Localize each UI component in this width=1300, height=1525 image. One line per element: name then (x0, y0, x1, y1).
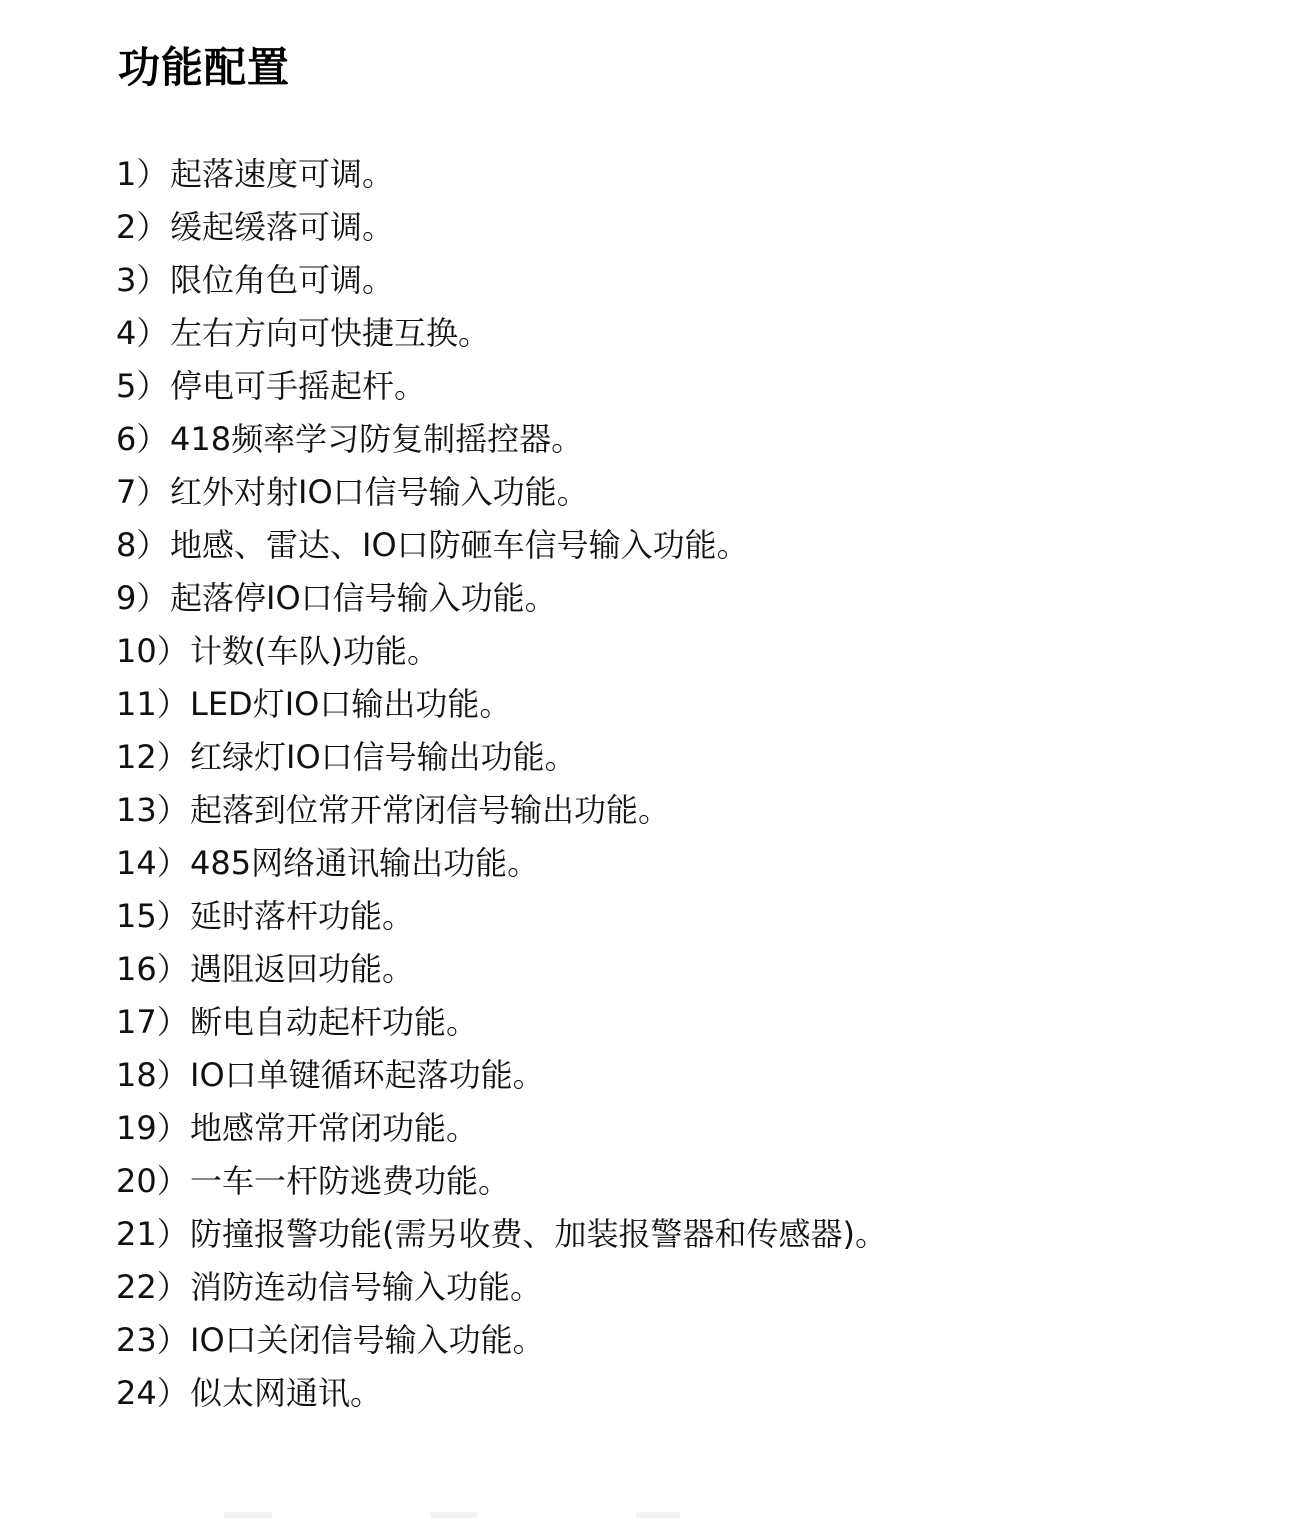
item-text: IO口关闭信号输入功能。 (190, 1314, 545, 1367)
feature-item: 16）遇阻返回功能。 (116, 943, 887, 996)
item-number: 18） (116, 1049, 190, 1102)
item-number: 11） (116, 678, 190, 731)
item-text: 停电可手摇起杆。 (170, 360, 426, 413)
item-number: 7） (116, 466, 170, 519)
item-number: 19） (116, 1102, 190, 1155)
item-number: 23） (116, 1314, 190, 1367)
item-number: 5） (116, 360, 170, 413)
item-text: 418频率学习防复制摇控器。 (170, 413, 583, 466)
item-number: 17） (116, 996, 190, 1049)
item-text: 左右方向可快捷互换。 (170, 307, 490, 360)
feature-item: 6）418频率学习防复制摇控器。 (116, 413, 887, 466)
item-number: 13） (116, 784, 190, 837)
item-text: 缓起缓落可调。 (170, 201, 394, 254)
item-text: 红绿灯IO口信号输出功能。 (190, 731, 577, 784)
item-number: 6） (116, 413, 170, 466)
item-number: 9） (116, 572, 170, 625)
feature-item: 9）起落停IO口信号输入功能。 (116, 572, 887, 625)
feature-item: 14）485网络通讯输出功能。 (116, 837, 887, 890)
item-text: 起落停IO口信号输入功能。 (170, 572, 557, 625)
item-text: LED灯IO口输出功能。 (190, 678, 511, 731)
feature-item: 18）IO口单键循环起落功能。 (116, 1049, 887, 1102)
item-number: 15） (116, 890, 190, 943)
item-number: 4） (116, 307, 170, 360)
faint-mark (636, 1512, 680, 1518)
faint-mark (224, 1512, 272, 1518)
feature-item: 3）限位角色可调。 (116, 254, 887, 307)
item-text: 防撞报警功能(需另收费、加装报警器和传感器)。 (190, 1208, 887, 1261)
feature-item: 22）消防连动信号输入功能。 (116, 1261, 887, 1314)
item-text: 地感、雷达、IO口防砸车信号输入功能。 (170, 519, 749, 572)
feature-item: 15）延时落杆功能。 (116, 890, 887, 943)
item-text: 地感常开常闭功能。 (190, 1102, 478, 1155)
item-text: 一车一杆防逃费功能。 (190, 1155, 510, 1208)
item-text: 红外对射IO口信号输入功能。 (170, 466, 589, 519)
feature-item: 24）似太网通讯。 (116, 1367, 887, 1420)
item-number: 10） (116, 625, 190, 678)
feature-item: 8）地感、雷达、IO口防砸车信号输入功能。 (116, 519, 887, 572)
item-text: 似太网通讯。 (190, 1367, 382, 1420)
item-text: 延时落杆功能。 (190, 890, 414, 943)
feature-item: 10）计数(车队)功能。 (116, 625, 887, 678)
item-number: 21） (116, 1208, 190, 1261)
feature-item: 4）左右方向可快捷互换。 (116, 307, 887, 360)
item-text: 485网络通讯输出功能。 (190, 837, 539, 890)
feature-item: 12）红绿灯IO口信号输出功能。 (116, 731, 887, 784)
item-text: 起落速度可调。 (170, 148, 394, 201)
feature-item: 13）起落到位常开常闭信号输出功能。 (116, 784, 887, 837)
feature-item: 21）防撞报警功能(需另收费、加装报警器和传感器)。 (116, 1208, 887, 1261)
item-number: 1） (116, 148, 170, 201)
item-text: 消防连动信号输入功能。 (190, 1261, 542, 1314)
feature-item: 23）IO口关闭信号输入功能。 (116, 1314, 887, 1367)
item-number: 14） (116, 837, 190, 890)
item-text: 计数(车队)功能。 (190, 625, 439, 678)
footer-artifacts (0, 1512, 1300, 1522)
feature-item: 7）红外对射IO口信号输入功能。 (116, 466, 887, 519)
feature-item: 19）地感常开常闭功能。 (116, 1102, 887, 1155)
item-text: 遇阻返回功能。 (190, 943, 414, 996)
feature-item: 2）缓起缓落可调。 (116, 201, 887, 254)
item-text: 起落到位常开常闭信号输出功能。 (190, 784, 670, 837)
item-number: 3） (116, 254, 170, 307)
item-number: 2） (116, 201, 170, 254)
feature-item: 5）停电可手摇起杆。 (116, 360, 887, 413)
item-text: 限位角色可调。 (170, 254, 394, 307)
feature-item: 1）起落速度可调。 (116, 148, 887, 201)
item-text: 断电自动起杆功能。 (190, 996, 478, 1049)
item-number: 16） (116, 943, 190, 996)
item-number: 24） (116, 1367, 190, 1420)
feature-item: 20）一车一杆防逃费功能。 (116, 1155, 887, 1208)
item-number: 22） (116, 1261, 190, 1314)
feature-list: 1）起落速度可调。 2）缓起缓落可调。 3）限位角色可调。 4）左右方向可快捷互… (116, 148, 887, 1420)
page-title: 功能配置 (118, 40, 290, 96)
item-number: 12） (116, 731, 190, 784)
item-number: 8） (116, 519, 170, 572)
feature-item: 11）LED灯IO口输出功能。 (116, 678, 887, 731)
faint-mark (430, 1512, 478, 1518)
item-number: 20） (116, 1155, 190, 1208)
feature-item: 17）断电自动起杆功能。 (116, 996, 887, 1049)
item-text: IO口单键循环起落功能。 (190, 1049, 545, 1102)
